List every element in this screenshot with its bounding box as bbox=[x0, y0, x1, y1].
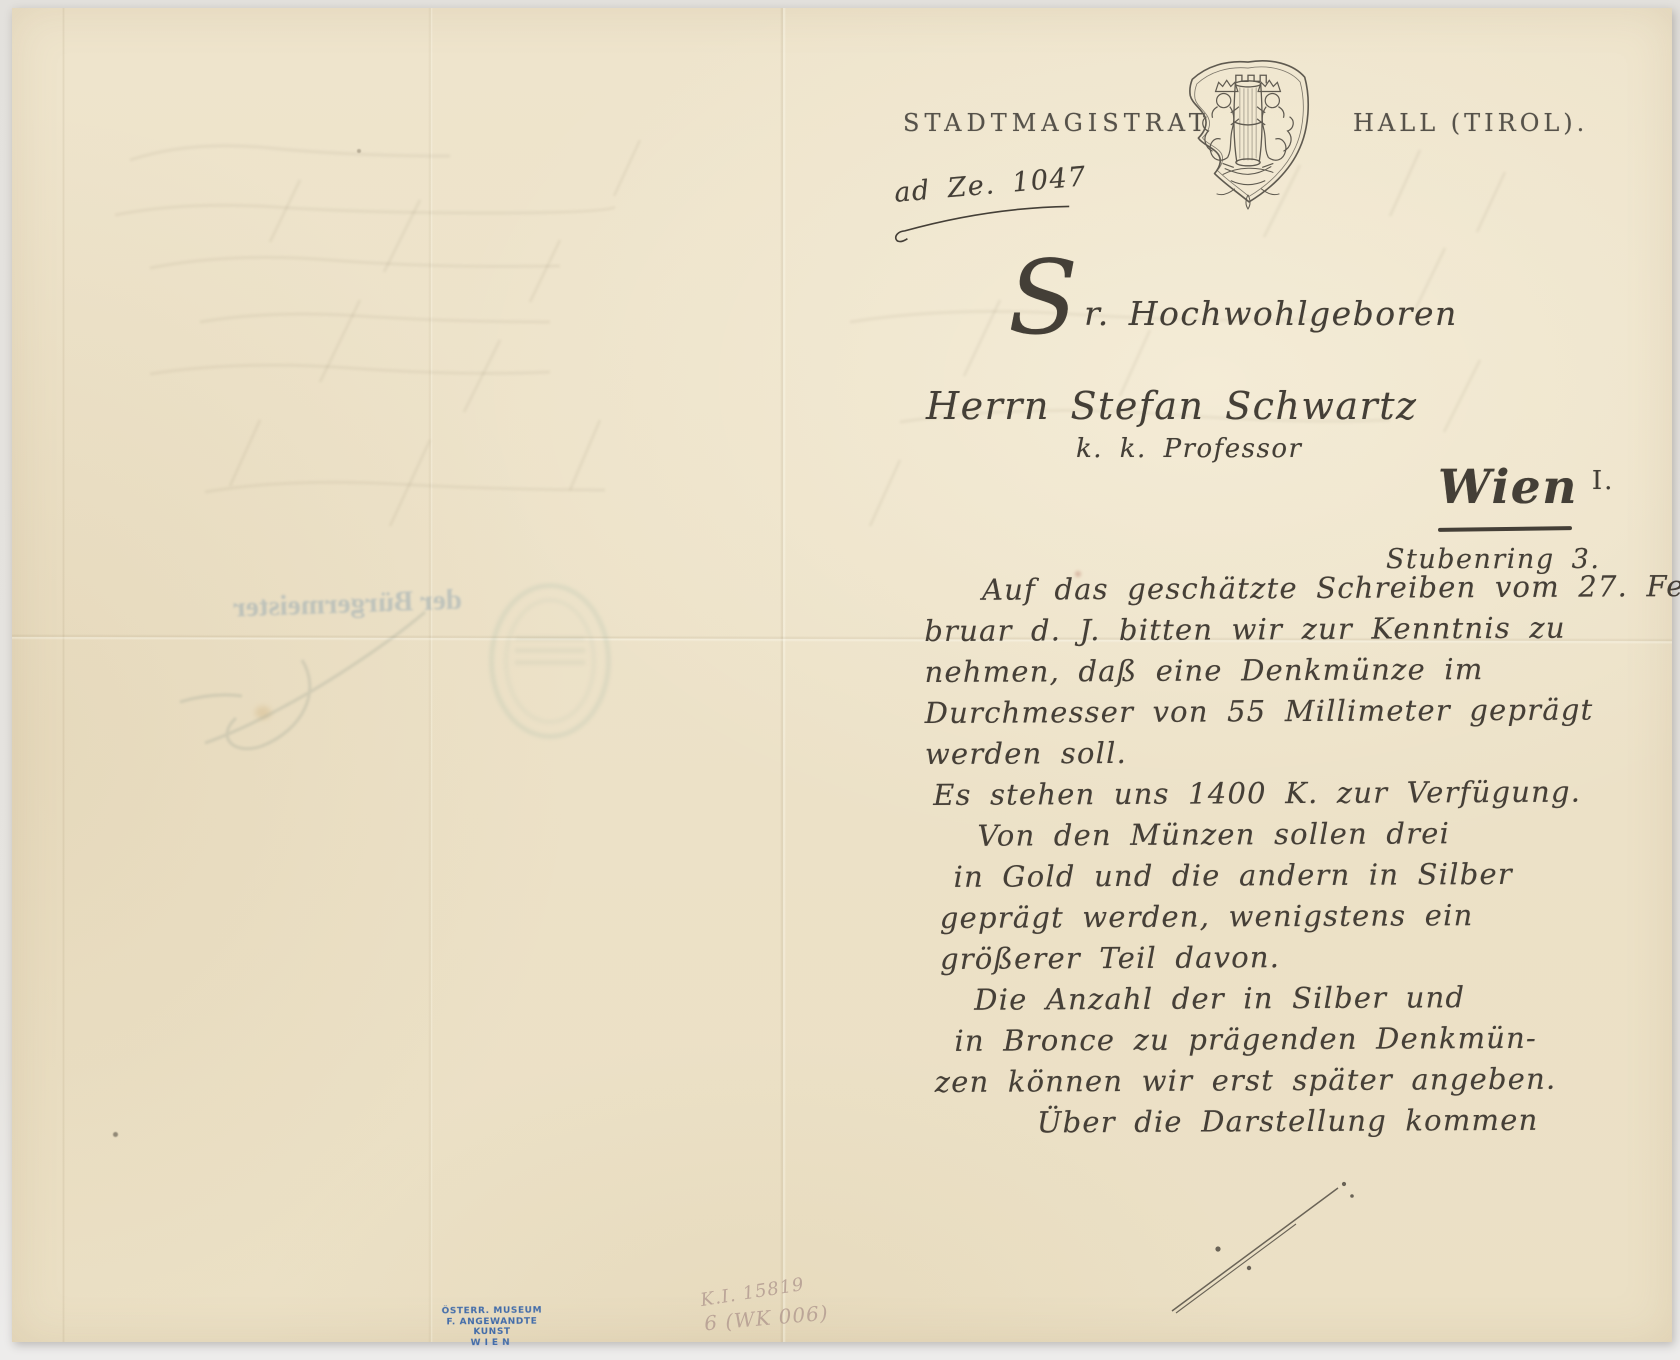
coat-of-arms-icon bbox=[1172, 50, 1324, 214]
body-line: Es stehen uns 1400 K. zur Verfügung. bbox=[925, 771, 1680, 816]
body-line: geprägt werden, wenigstens ein bbox=[926, 894, 1680, 939]
body-line: Auf das geschätzte Schreiben vom 27. Fe- bbox=[924, 566, 1680, 611]
body-line: Von den Münzen sollen drei bbox=[925, 812, 1680, 857]
body-line: Die Anzahl der in Silber und bbox=[926, 976, 1680, 1021]
city-line: WienI. bbox=[1438, 460, 1614, 515]
center-vertical-fold-crease bbox=[780, 8, 786, 1342]
body-line: in Bronce zu prägenden Denkmün- bbox=[926, 1017, 1680, 1062]
left-vertical-fold-crease bbox=[428, 8, 433, 1342]
ink-speck bbox=[113, 1132, 118, 1137]
museum-stamp-line2: F. ANGEWANDTE KUNST bbox=[438, 1316, 546, 1338]
foxing-spot bbox=[255, 706, 271, 719]
ink-speck bbox=[357, 149, 361, 153]
city-name: Wien bbox=[1438, 460, 1578, 515]
museum-stamp-line3: WIEN bbox=[438, 1337, 546, 1348]
round-stamp-bleedthrough bbox=[490, 584, 610, 738]
letterhead-left-text: STADTMAGISTRAT bbox=[903, 109, 1210, 137]
recipient-line: Herrn Stefan Schwartz bbox=[926, 384, 1418, 428]
recipient-title-line: k. k. Professor bbox=[1076, 434, 1302, 464]
body-line: werden soll. bbox=[925, 730, 1680, 775]
body-line: bruar d. J. bitten wir zur Kenntnis zu bbox=[924, 607, 1680, 652]
letterhead-right-text: HALL (TIROL). bbox=[1353, 109, 1588, 137]
left-edge-crease bbox=[62, 8, 65, 1342]
scanned-letter-page: { "letterhead": { "left": "STADTMAGISTRA… bbox=[0, 0, 1680, 1360]
salutation-line: Sr. Hochwohlgeboren bbox=[1008, 294, 1458, 333]
museum-stamp-line1: ÖSTERR. MUSEUM bbox=[438, 1306, 546, 1317]
body-line: nehmen, daß eine Denkmünze im bbox=[924, 648, 1680, 693]
letter-body: Auf das geschätzte Schreiben vom 27. Fe-… bbox=[924, 566, 1680, 1144]
body-line: zen können wir erst später angeben. bbox=[927, 1058, 1680, 1103]
city-district: I. bbox=[1592, 466, 1615, 496]
body-line: Durchmesser von 55 Millimeter geprägt bbox=[925, 689, 1680, 734]
museum-stamp: ÖSTERR. MUSEUM F. ANGEWANDTE KUNST WIEN bbox=[438, 1306, 546, 1349]
body-line: in Gold und die andern in Silber bbox=[926, 853, 1680, 898]
body-line: größerer Teil davon. bbox=[926, 935, 1680, 980]
body-line: Über die Darstellung kommen bbox=[927, 1099, 1680, 1144]
